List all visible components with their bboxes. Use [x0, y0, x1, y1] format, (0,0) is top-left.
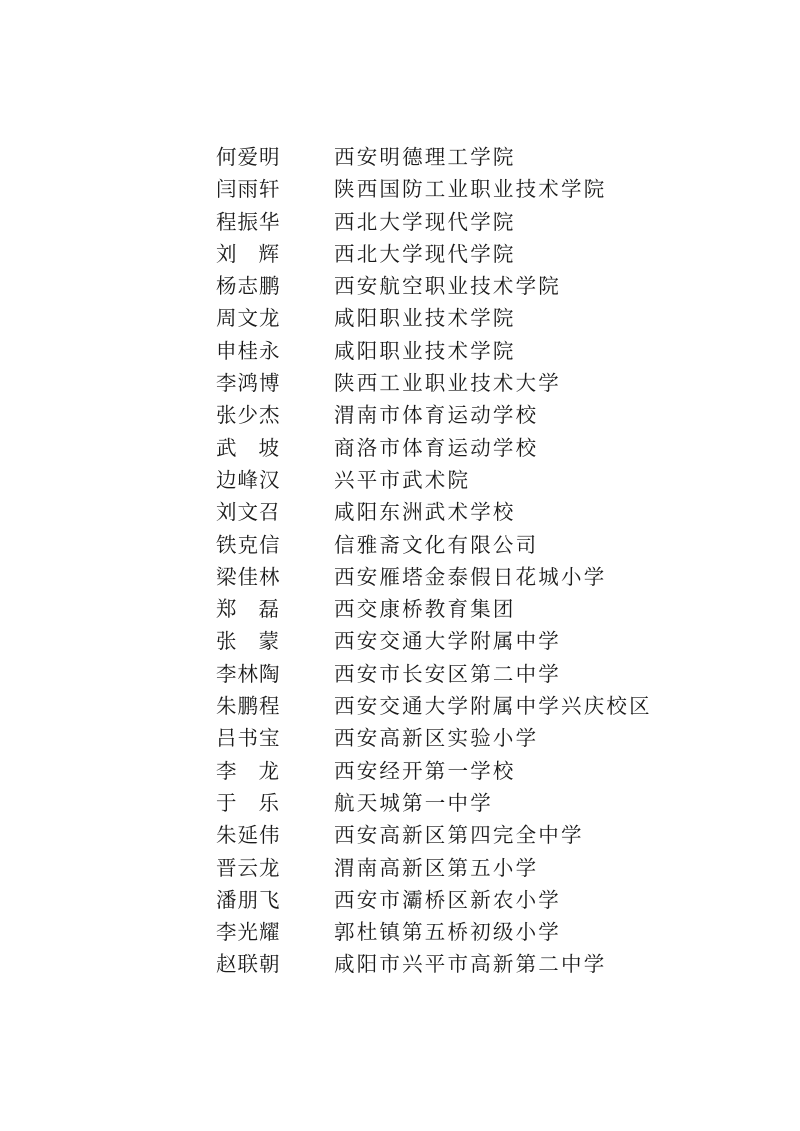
- name-char: 乐: [259, 790, 281, 816]
- person-name: 刘 辉: [216, 241, 280, 267]
- person-name: 申桂永: [216, 338, 334, 364]
- institution-name: 咸阳市兴平市高新第二中学: [334, 951, 606, 977]
- list-item: 李光耀 郭杜镇第五桥初级小学: [216, 919, 652, 951]
- person-name: 铁克信: [216, 532, 334, 558]
- institution-name: 西安交通大学附属中学: [334, 628, 561, 654]
- person-name: 朱延伟: [216, 822, 334, 848]
- institution-name: 西安交通大学附属中学兴庆校区: [334, 693, 652, 719]
- list-item: 晋云龙 渭南高新区第五小学: [216, 855, 652, 887]
- person-name: 李林陶: [216, 661, 334, 687]
- name-char: 龙: [259, 758, 281, 784]
- list-item: 张 蒙 西安交通大学附属中学: [216, 628, 652, 660]
- person-name: 李鸿博: [216, 370, 334, 396]
- list-item: 郑 磊 西交康桥教育集团: [216, 596, 652, 628]
- list-item: 朱鹏程 西安交通大学附属中学兴庆校区: [216, 693, 652, 725]
- list-item: 李鸿博 陕西工业职业技术大学: [216, 370, 652, 402]
- person-name: 边峰汉: [216, 467, 334, 493]
- person-name: 于 乐: [216, 790, 280, 816]
- institution-name: 西北大学现代学院: [334, 209, 516, 235]
- institution-name: 西交康桥教育集团: [334, 596, 516, 622]
- institution-name: 西安航空职业技术学院: [334, 273, 561, 299]
- person-name: 闫雨轩: [216, 176, 334, 202]
- list-item: 潘朋飞 西安市灞桥区新农小学: [216, 887, 652, 919]
- list-item: 周文龙 咸阳职业技术学院: [216, 305, 652, 337]
- person-name: 朱鹏程: [216, 693, 334, 719]
- person-name: 杨志鹏: [216, 273, 334, 299]
- name-char: 张: [216, 628, 238, 654]
- institution-name: 陕西工业职业技术大学: [334, 370, 561, 396]
- institution-name: 信雅斋文化有限公司: [334, 532, 538, 558]
- institution-name: 西安高新区实验小学: [334, 725, 538, 751]
- person-name: 刘文召: [216, 499, 334, 525]
- institution-name: 西安市灞桥区新农小学: [334, 887, 561, 913]
- institution-name: 西安高新区第四完全中学: [334, 822, 584, 848]
- list-item: 李林陶 西安市长安区第二中学: [216, 661, 652, 693]
- list-item: 朱延伟 西安高新区第四完全中学: [216, 822, 652, 854]
- list-item: 吕书宝 西安高新区实验小学: [216, 725, 652, 757]
- list-item: 赵联朝 咸阳市兴平市高新第二中学: [216, 951, 652, 983]
- institution-name: 渭南市体育运动学校: [334, 402, 538, 428]
- list-item: 刘 辉 西北大学现代学院: [216, 241, 652, 273]
- institution-name: 西安市长安区第二中学: [334, 661, 561, 687]
- institution-name: 西安明德理工学院: [334, 144, 516, 170]
- list-item: 张少杰 渭南市体育运动学校: [216, 402, 652, 434]
- institution-name: 咸阳东洲武术学校: [334, 499, 516, 525]
- name-char: 坡: [259, 435, 281, 461]
- name-char: 郑: [216, 596, 238, 622]
- institution-name: 西安经开第一学校: [334, 758, 516, 784]
- name-char: 蒙: [259, 628, 281, 654]
- name-char: 辉: [259, 241, 281, 267]
- name-char: 于: [216, 790, 238, 816]
- document-page: 何爱明 西安明德理工学院 闫雨轩 陕西国防工业职业技术学院 程振华 西北大学现代…: [0, 0, 800, 1131]
- name-char: 刘: [216, 241, 238, 267]
- institution-name: 咸阳职业技术学院: [334, 305, 516, 331]
- list-item: 武 坡 商洛市体育运动学校: [216, 435, 652, 467]
- list-item: 于 乐 航天城第一中学: [216, 790, 652, 822]
- person-name: 程振华: [216, 209, 334, 235]
- list-item: 铁克信 信雅斋文化有限公司: [216, 532, 652, 564]
- list-item: 杨志鹏 西安航空职业技术学院: [216, 273, 652, 305]
- list-item: 李 龙 西安经开第一学校: [216, 758, 652, 790]
- name-char: 磊: [259, 596, 281, 622]
- name-char: 李: [216, 758, 238, 784]
- person-name: 李 龙: [216, 758, 280, 784]
- person-name: 武 坡: [216, 435, 280, 461]
- institution-name: 商洛市体育运动学校: [334, 435, 538, 461]
- list-item: 梁佳林 西安雁塔金泰假日花城小学: [216, 564, 652, 596]
- person-name: 李光耀: [216, 919, 334, 945]
- person-name: 周文龙: [216, 305, 334, 331]
- institution-name: 咸阳职业技术学院: [334, 338, 516, 364]
- list-item: 程振华 西北大学现代学院: [216, 209, 652, 241]
- institution-name: 西北大学现代学院: [334, 241, 516, 267]
- person-name: 潘朋飞: [216, 887, 334, 913]
- institution-name: 陕西国防工业职业技术学院: [334, 176, 606, 202]
- list-item: 闫雨轩 陕西国防工业职业技术学院: [216, 176, 652, 208]
- name-institution-list: 何爱明 西安明德理工学院 闫雨轩 陕西国防工业职业技术学院 程振华 西北大学现代…: [216, 144, 652, 984]
- person-name: 何爱明: [216, 144, 334, 170]
- institution-name: 兴平市武术院: [334, 467, 470, 493]
- name-char: 武: [216, 435, 238, 461]
- institution-name: 航天城第一中学: [334, 790, 493, 816]
- person-name: 赵联朝: [216, 951, 334, 977]
- list-item: 刘文召 咸阳东洲武术学校: [216, 499, 652, 531]
- person-name: 梁佳林: [216, 564, 334, 590]
- list-item: 边峰汉 兴平市武术院: [216, 467, 652, 499]
- person-name: 张 蒙: [216, 628, 280, 654]
- person-name: 吕书宝: [216, 725, 334, 751]
- list-item: 何爱明 西安明德理工学院: [216, 144, 652, 176]
- institution-name: 郭杜镇第五桥初级小学: [334, 919, 561, 945]
- person-name: 张少杰: [216, 402, 334, 428]
- person-name: 晋云龙: [216, 855, 334, 881]
- institution-name: 西安雁塔金泰假日花城小学: [334, 564, 606, 590]
- list-item: 申桂永 咸阳职业技术学院: [216, 338, 652, 370]
- institution-name: 渭南高新区第五小学: [334, 855, 538, 881]
- person-name: 郑 磊: [216, 596, 280, 622]
